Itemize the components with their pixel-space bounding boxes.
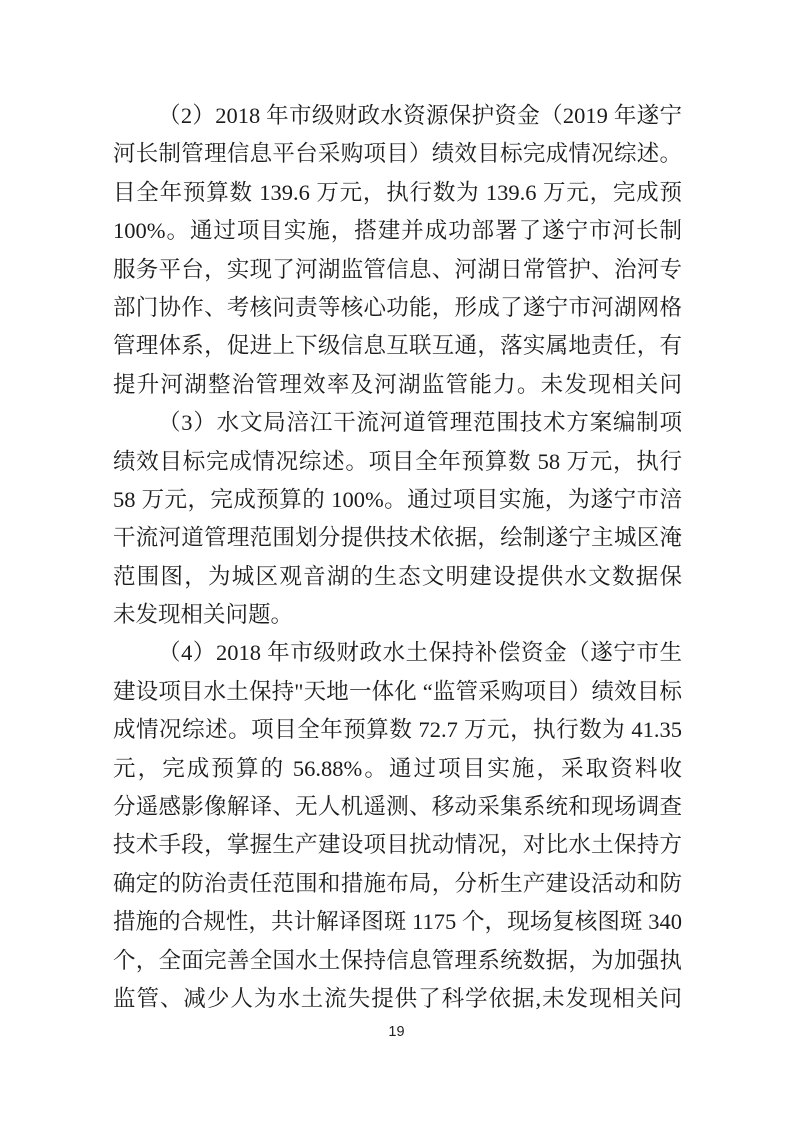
text-line: 元，完成预算的 56.88%。通过项目实施，采取资料收集、高 xyxy=(113,750,682,788)
text-line: 管理体系，促进上下级信息互联互通，落实属地责任，有效 xyxy=(113,327,682,365)
page-number: 19 xyxy=(0,1024,793,1040)
paragraph-4: （4）2018 年市级财政水土保持补偿资金（遂宁市生产 建设项目水土保持"天地一… xyxy=(113,634,682,1018)
text-line: （2）2018 年市级财政水资源保护资金（2019 年遂宁市 xyxy=(113,97,682,135)
text-line: 建设项目水土保持"天地一体化 “监管采购项目）绩效目标完 xyxy=(113,673,682,711)
text-line: 部门协作、考核问责等核心功能，形成了遂宁市河湖网格化 xyxy=(113,289,682,327)
text-line: 提升河湖整治管理效率及河湖监管能力。未发现相关问题。 xyxy=(113,366,682,404)
document-page: （2）2018 年市级财政水资源保护资金（2019 年遂宁市 河长制管理信息平台… xyxy=(0,0,793,1122)
text-line: （3）水文局涪江干流河道管理范围技术方案编制项目 xyxy=(113,404,682,442)
text-line: 范围图，为城区观音湖的生态文明建设提供水文数据保障， xyxy=(113,558,682,596)
text-line: 河长制管理信息平台采购项目）绩效目标完成情况综述。项 xyxy=(113,135,682,173)
text-line: 措施的合规性，共计解译图斑 1175 个，现场复核图斑 340 xyxy=(113,903,682,941)
text-line: 个，全面完善全国水土保持信息管理系统数据，为加强执法 xyxy=(113,942,682,980)
paragraph-2: （2）2018 年市级财政水资源保护资金（2019 年遂宁市 河长制管理信息平台… xyxy=(113,97,682,404)
text-line: 服务平台，实现了河湖监管信息、河湖日常管护、治河专题、 xyxy=(113,251,682,289)
text-line: 绩效目标完成情况综述。项目全年预算数 58 万元，执行数为 xyxy=(113,443,682,481)
text-line: 分遥感影像解译、无人机遥测、移动采集系统和现场调查等 xyxy=(113,788,682,826)
document-body: （2）2018 年市级财政水资源保护资金（2019 年遂宁市 河长制管理信息平台… xyxy=(113,97,682,1018)
text-line: 监管、减少人为水土流失提供了科学依据,未发现相关问题。 xyxy=(113,980,682,1018)
text-line: 100%。通过项目实施，搭建并成功部署了遂宁市河长制管理 xyxy=(113,212,682,250)
text-line: 确定的防治责任范围和措施布局，分析生产建设活动和防治 xyxy=(113,865,682,903)
text-line: 干流河道管理范围划分提供技术依据，绘制遂宁主城区淹没 xyxy=(113,519,682,557)
text-line: 目全年预算数 139.6 万元，执行数为 139.6 万元，完成预算的 xyxy=(113,174,682,212)
text-line: 未发现相关问题。 xyxy=(113,596,682,634)
text-line: 58 万元，完成预算的 100%。通过项目实施，为遂宁市涪江 xyxy=(113,481,682,519)
text-line: 成情况综述。项目全年预算数 72.7 万元，执行数为 41.35 万 xyxy=(113,711,682,749)
text-line: （4）2018 年市级财政水土保持补偿资金（遂宁市生产 xyxy=(113,634,682,672)
text-line: 技术手段，掌握生产建设项目扰动情况，对比水土保持方案 xyxy=(113,826,682,864)
paragraph-3: （3）水文局涪江干流河道管理范围技术方案编制项目 绩效目标完成情况综述。项目全年… xyxy=(113,404,682,634)
